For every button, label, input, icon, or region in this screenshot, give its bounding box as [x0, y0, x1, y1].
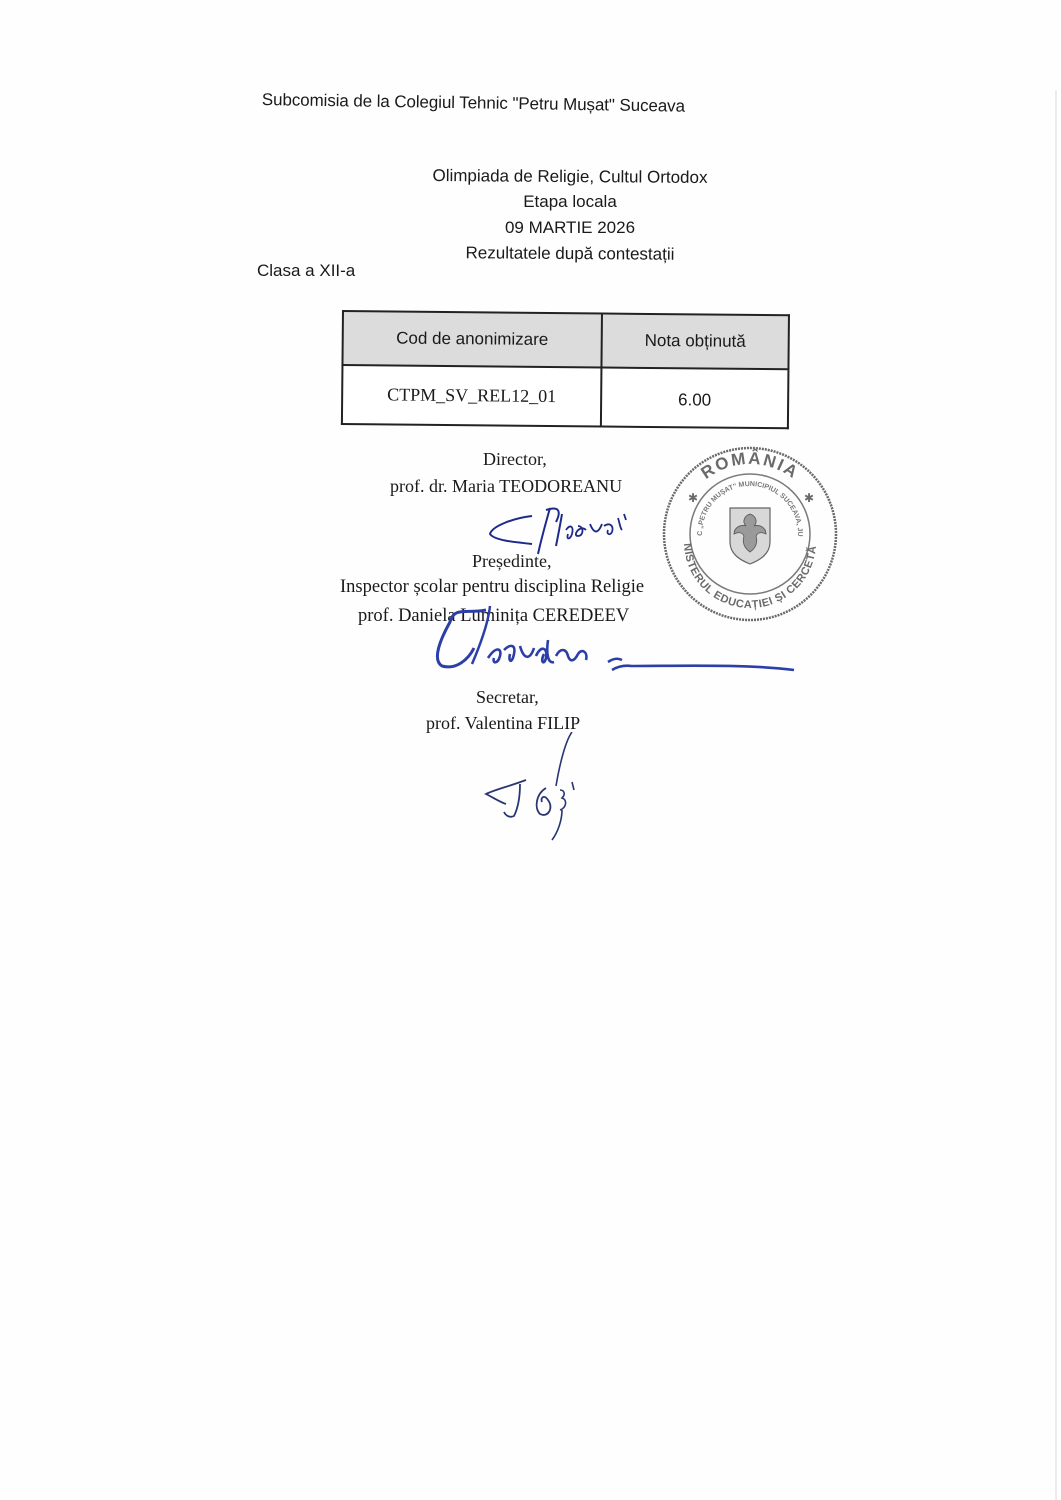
exam-date: 09 MARTIE 2026 — [400, 218, 740, 238]
subcommission-heading: Subcomisia de la Colegiul Tehnic "Petru … — [262, 90, 685, 117]
anonymization-code: CTPM_SV_REL12_01 — [342, 365, 602, 426]
results-table: Cod de anonimizare Nota obținută CTPM_SV… — [341, 310, 790, 429]
secretary-signature — [480, 732, 590, 842]
secretary-name: prof. Valentina FILIP — [426, 713, 580, 734]
director-title: Director, — [483, 449, 547, 470]
table-row: CTPM_SV_REL12_01 6.00 — [342, 365, 789, 428]
stage-label: Etapa locala — [400, 192, 740, 212]
svg-text:ROMÂNIA: ROMÂNIA — [697, 449, 802, 483]
scan-edge — [1055, 90, 1057, 1500]
results-type: Rezultatele după contestații — [400, 243, 740, 265]
official-stamp: ROMÂNIA MINISTERUL EDUCAȚIEI ȘI CERCETĂR… — [658, 442, 842, 626]
svg-text:✱: ✱ — [688, 491, 698, 505]
secretary-title: Secretar, — [476, 687, 539, 708]
coat-of-arms-icon — [730, 508, 770, 564]
stamp-country: ROMÂNIA — [697, 449, 802, 483]
director-name: prof. dr. Maria TEODOREANU — [390, 476, 622, 497]
grade-value: 6.00 — [601, 367, 789, 428]
document-page: Subcomisia de la Colegiul Tehnic "Petru … — [0, 0, 1061, 1500]
column-header-grade: Nota obținută — [601, 313, 789, 369]
president-role: Inspector școlar pentru disciplina Relig… — [340, 577, 644, 598]
column-header-code: Cod de anonimizare — [342, 311, 602, 367]
class-label: Clasa a XII-a — [257, 261, 355, 281]
table-header-row: Cod de anonimizare Nota obținută — [342, 311, 788, 369]
olympiad-title: Olimpiada de Religie, Cultul Ortodox — [400, 166, 740, 188]
president-title: Președinte, — [472, 551, 551, 572]
svg-text:✱: ✱ — [804, 491, 814, 505]
